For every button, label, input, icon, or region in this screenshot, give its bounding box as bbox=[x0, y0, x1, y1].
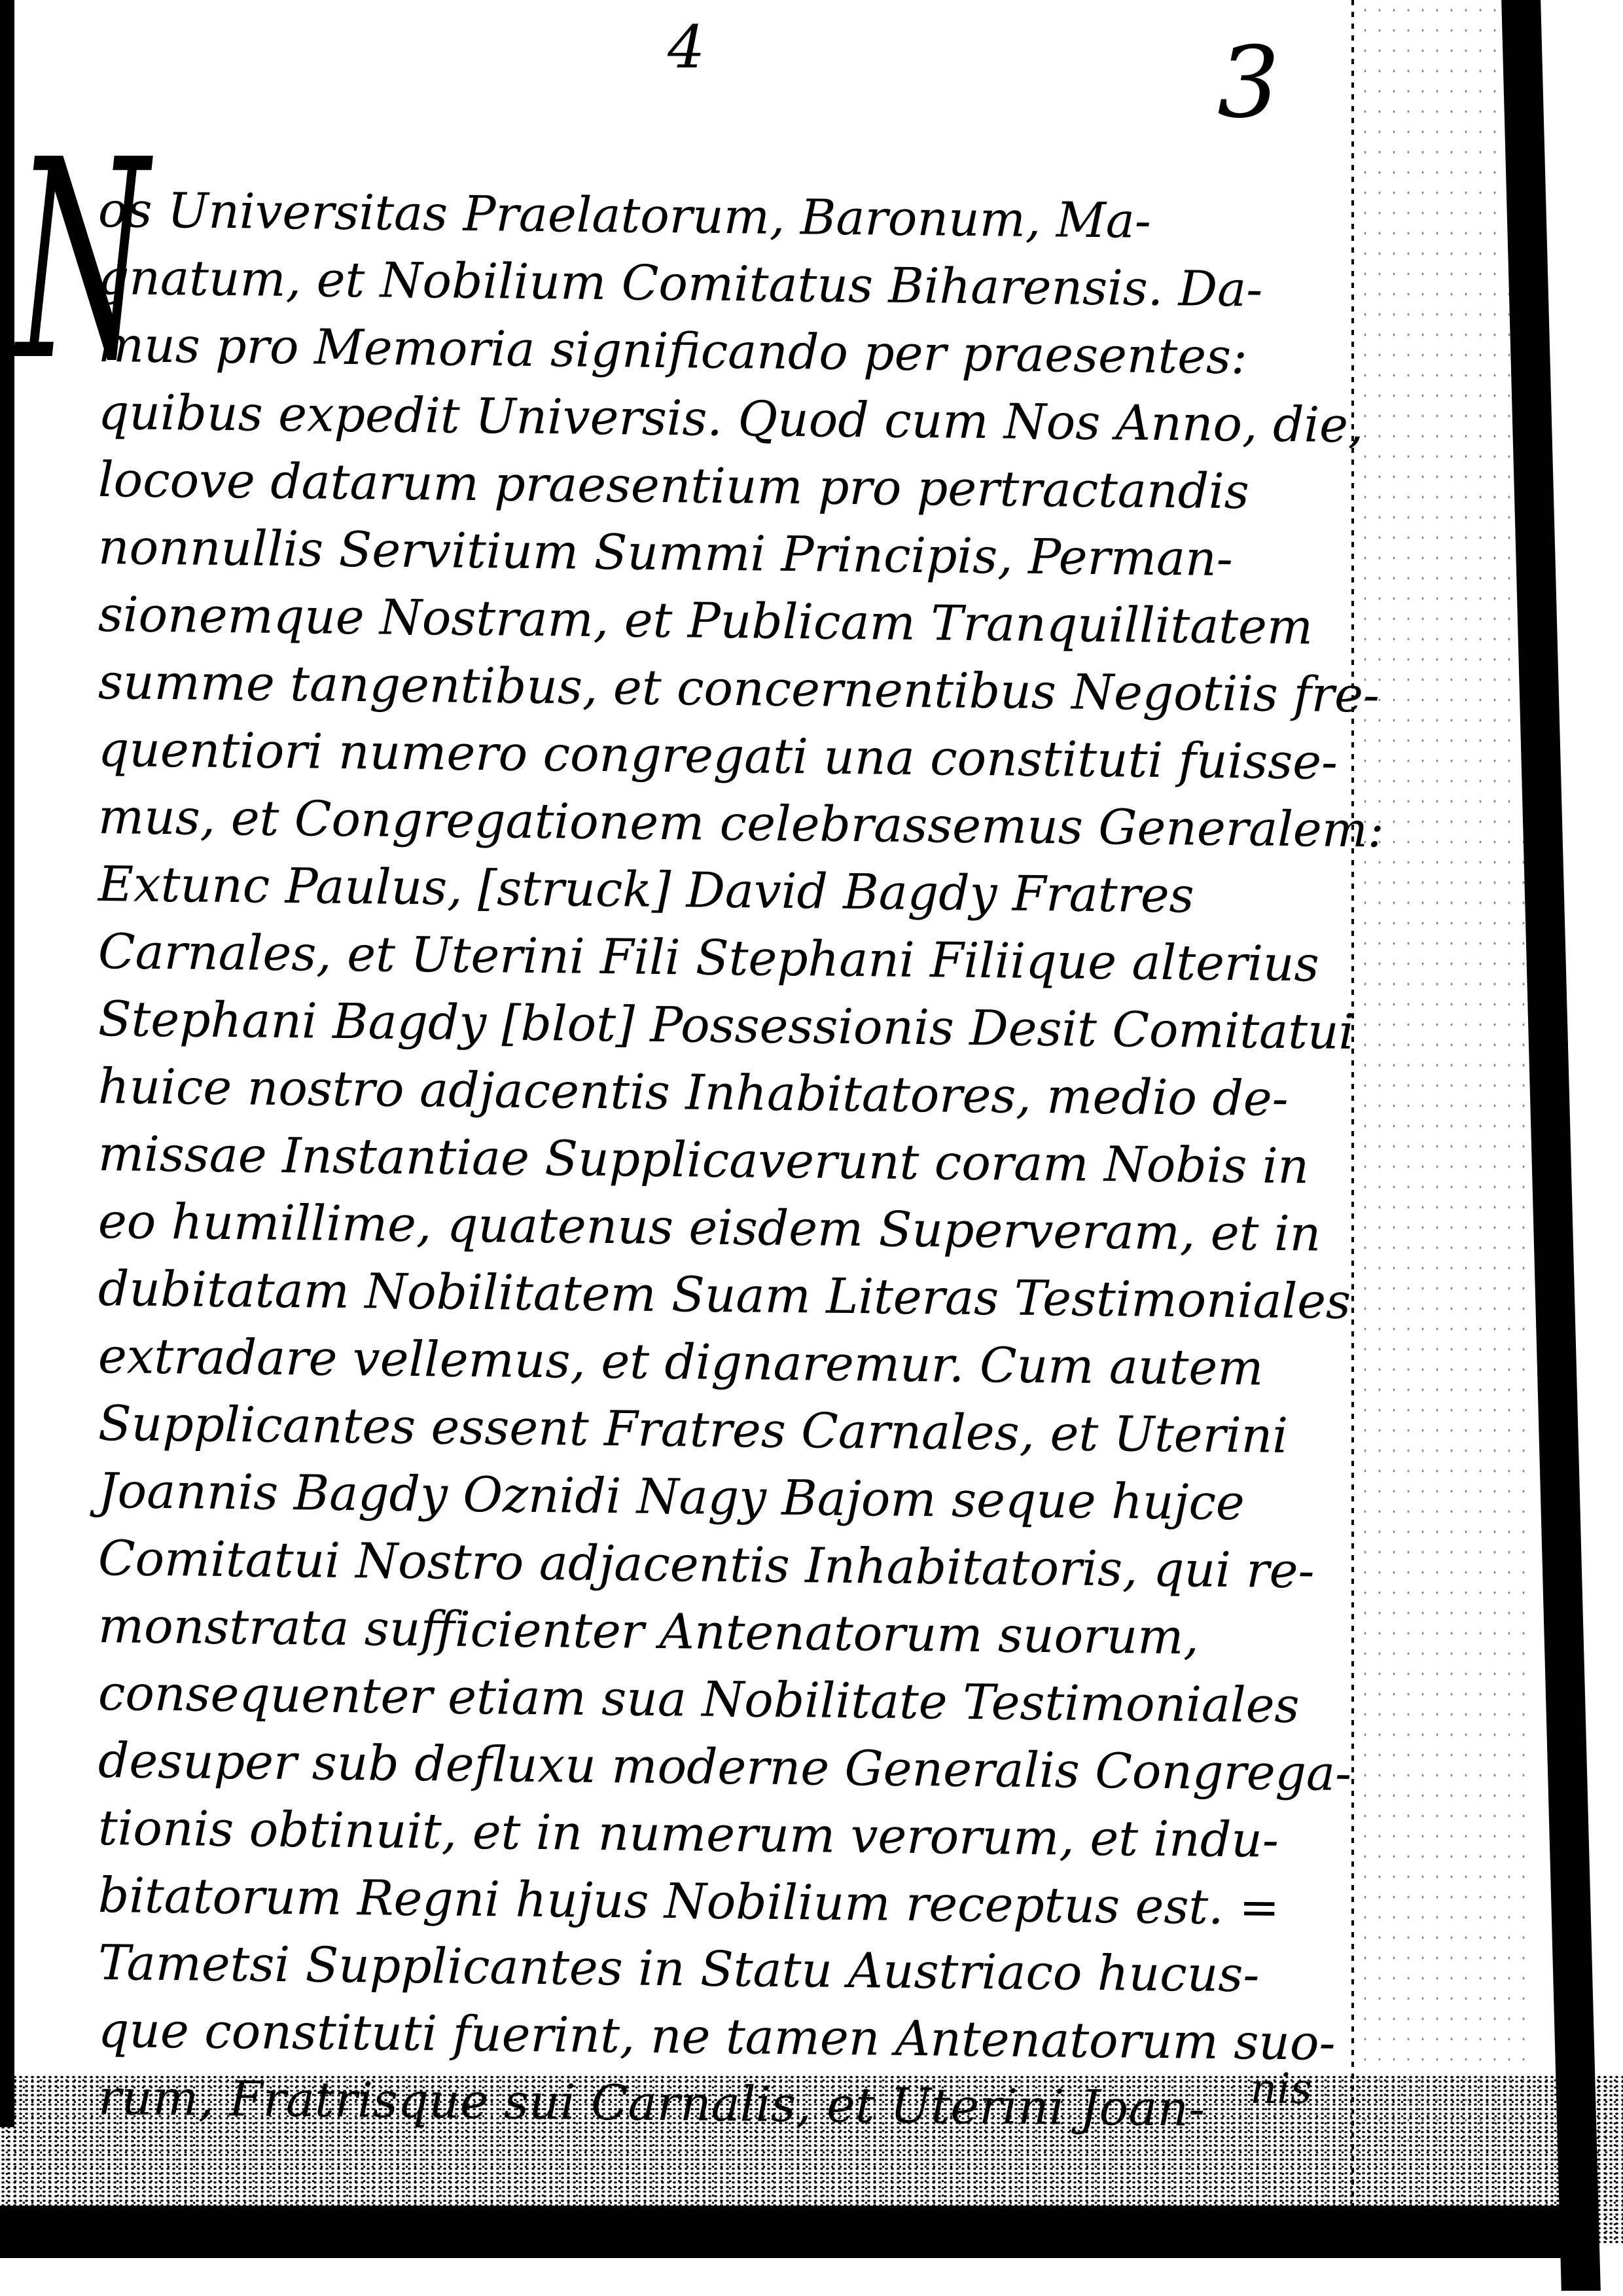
text-line: locove datarum praesentium pro pertracta… bbox=[98, 446, 1355, 527]
text-line: quibus expedit Universis. Quod cum Nos A… bbox=[98, 379, 1355, 459]
text-line: Supplicantes essent Fratres Carnales, et… bbox=[98, 1390, 1355, 1471]
text-line: quentiori numero congregati una constitu… bbox=[98, 716, 1355, 797]
text-line: Extunc Paulus, [struck] David Bagdy Frat… bbox=[98, 851, 1355, 931]
text-line: tionis obtinuit, et in numerum verorum, … bbox=[98, 1795, 1355, 1875]
text-line: Tametsi Supplicantes in Statu Austriaco … bbox=[98, 1929, 1355, 2010]
text-line: desuper sub defluxu moderne Generalis Co… bbox=[98, 1727, 1355, 1808]
text-line: mus pro Memoria significando per praesen… bbox=[98, 312, 1355, 392]
text-line: bitatorum Regni hujus Nobilium receptus … bbox=[98, 1862, 1355, 1943]
text-line: Joannis Bagdy Oznidi Nagy Bajom seque hu… bbox=[98, 1458, 1355, 1538]
text-line: summe tangentibus, et concernentibus Neg… bbox=[98, 649, 1355, 729]
text-line: huice nostro adjacentis Inhabitatores, m… bbox=[98, 1053, 1355, 1134]
text-line: extradare vellemus, et dignaremur. Cum a… bbox=[98, 1323, 1355, 1403]
page-bottom-shadow bbox=[0, 2206, 1584, 2258]
text-line: missae Instantiae Supplicaverunt coram N… bbox=[98, 1121, 1355, 1201]
page-left-shadow bbox=[0, 0, 14, 2127]
text-line: consequenter etiam sua Nobilitate Testim… bbox=[98, 1660, 1355, 1740]
text-line: mus, et Congregationem celebrassemus Gen… bbox=[98, 783, 1355, 864]
text-line: monstrata sufficienter Antenatorum suoru… bbox=[98, 1592, 1355, 1673]
text-line: gnatum, et Nobilium Comitatus Biharensis… bbox=[98, 244, 1355, 325]
manuscript-scan: 4 3 N os Universitas Praelatorum, Baronu… bbox=[0, 0, 1623, 2296]
text-line: nonnullis Servitium Summi Principis, Per… bbox=[98, 514, 1355, 594]
text-line: Comitatui Nostro adjacentis Inhabitatori… bbox=[98, 1525, 1355, 1605]
text-line: Stephani Bagdy [blot] Possessionis Desit… bbox=[98, 986, 1355, 1066]
text-line: dubitatam Nobilitatem Suam Literas Testi… bbox=[98, 1255, 1355, 1336]
text-line: Carnales, et Uterini Fili Stephani Filii… bbox=[98, 918, 1355, 999]
folio-mark-left: 4 bbox=[668, 13, 705, 82]
text-line: os Universitas Praelatorum, Baronum, Ma- bbox=[98, 177, 1355, 257]
margin-speckle bbox=[1358, 0, 1528, 2160]
folio-mark-right: 3 bbox=[1217, 26, 1279, 140]
text-line: sionemque Nostram, et Publicam Tranquill… bbox=[98, 581, 1355, 662]
catchword: nis bbox=[1250, 2065, 1312, 2113]
manuscript-body: os Universitas Praelatorum, Baronum, Ma-… bbox=[98, 177, 1355, 2132]
text-line: que constituti fuerint, ne tamen Antenat… bbox=[98, 1997, 1355, 2077]
text-line: eo humillime, quatenus eisdem Superveram… bbox=[98, 1188, 1355, 1268]
text-line: rum, Fratrisque sui Carnalis, et Uterini… bbox=[98, 2064, 1355, 2145]
